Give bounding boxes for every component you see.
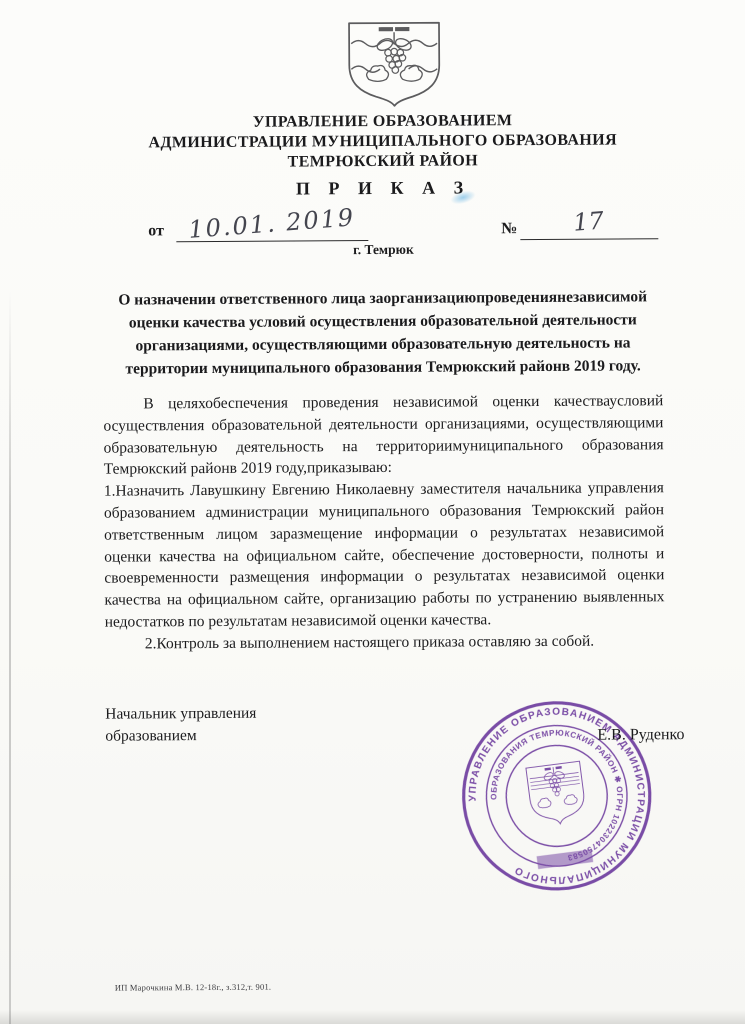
order-item-2: 2.Контроль за выполнением настоящего при… xyxy=(105,630,665,655)
number-value-handwritten: 17 xyxy=(572,207,605,237)
body-paragraph-1: В целяхобеспечения проведения независимо… xyxy=(103,390,664,481)
order-document: УПРАВЛЕНИЕ ОБРАЗОВАНИЕМ АДМИНИСТРАЦИИ МУ… xyxy=(0,0,745,1024)
footer-note: ИП Марочкина М.В. 12-18г., з.312,т. 901. xyxy=(115,982,271,993)
stamp-emblem xyxy=(526,761,587,827)
city-line: г. Темрюк xyxy=(83,240,683,260)
number-label: № xyxy=(501,220,517,238)
doc-type-title: П Р И К А З xyxy=(83,176,683,201)
date-label: от xyxy=(148,222,164,240)
official-stamp: УПРАВЛЕНИЕ ОБРАЗОВАНИЕМ АДМИНИСТРАЦИИ МУ… xyxy=(446,685,668,907)
header-org-line2: АДМИНИСТРАЦИИ МУНИЦИПАЛЬНОГО ОБРАЗОВАНИЯ xyxy=(83,130,683,154)
date-value-handwritten: 10.01. 2019 xyxy=(187,203,356,244)
header-org-line3: ТЕМРЮКСКИЙ РАЙОН xyxy=(83,150,683,174)
scanned-document-page: УПРАВЛЕНИЕ ОБРАЗОВАНИЕМ АДМИНИСТРАЦИИ МУ… xyxy=(0,0,745,1024)
order-item-1: 1.Назначить Лавушкину Евгению Николаевну… xyxy=(104,477,665,633)
coat-of-arms-icon xyxy=(335,15,454,108)
subject-paragraph: О назначении ответственного лица заорган… xyxy=(103,285,664,380)
body-text: В целяхобеспечения проведения независимо… xyxy=(103,390,665,655)
